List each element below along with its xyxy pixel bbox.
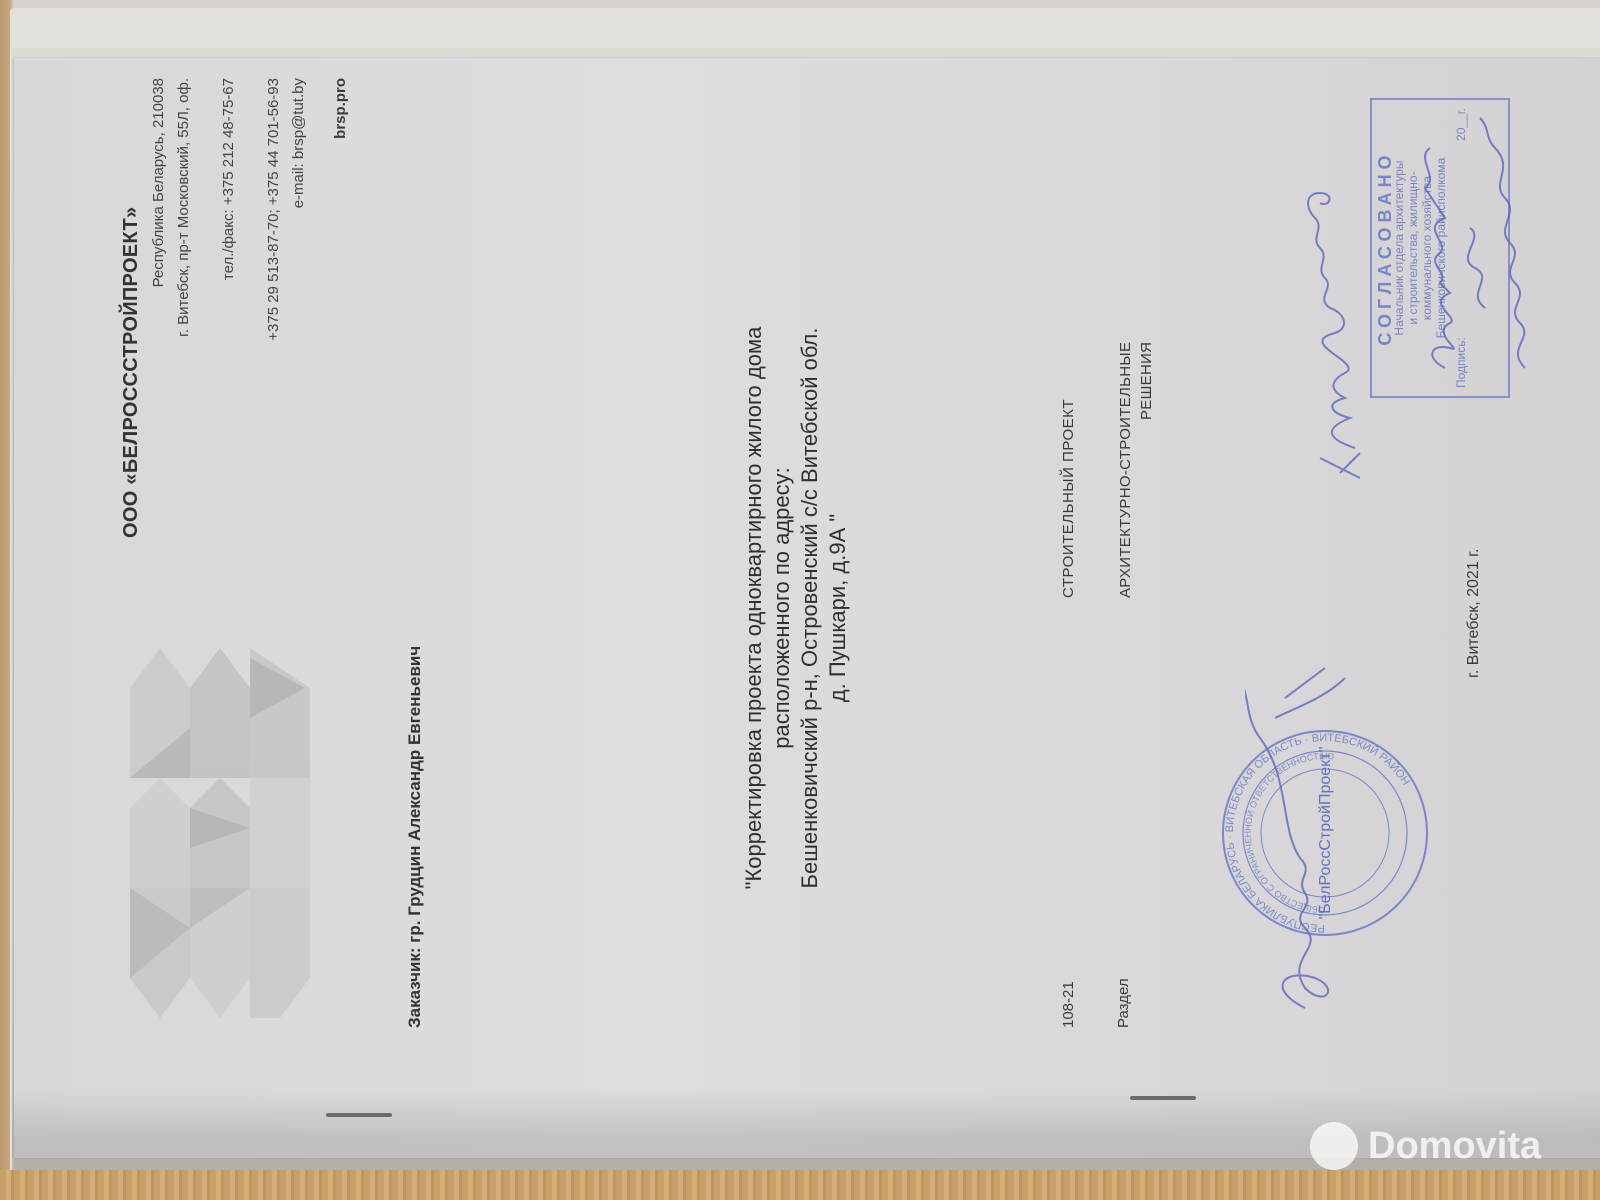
title-line: д. Пушкари, д.9А " [824, 198, 852, 1018]
title-line: расположенного по адресу: [768, 198, 796, 1018]
city-year: г. Витебск, 2021 г. [1465, 549, 1483, 679]
company-phone-fax: тел./факс: +375 212 48-75-67 [219, 78, 238, 538]
company-address-line2: г. Витебск, пр-т Московский, 55Л, оф. [174, 78, 193, 538]
title-line: Бешенковичский р-н, Островенский с/с Вит… [796, 198, 824, 1018]
wooden-table [0, 1170, 1600, 1200]
domovita-watermark: Domovita [1310, 1122, 1541, 1170]
approval-handwriting-icon [1415, 88, 1545, 378]
project-code: 108-21 [1060, 981, 1077, 1028]
company-mobile: +375 29 513-87-70; +375 44 701-56-93 [264, 78, 283, 538]
customer-line: Заказчик: гр. Грудцин Александр Евгеньев… [405, 646, 425, 1028]
project-type: СТРОИТЕЛЬНЫЙ ПРОЕКТ [1060, 399, 1077, 598]
section-name: АРХИТЕКТУРНО-СТРОИТЕЛЬНЫЕ РЕШЕНИЯ [1115, 342, 1157, 598]
director-signature-icon [1245, 638, 1365, 1018]
company-header: ООО «БЕЛРОСССТРОЙПРОЕКТ» Республика Бела… [120, 78, 349, 538]
title-line: "Корректировка проекта одноквартирного ж… [740, 198, 768, 1018]
company-email: e-mail: brsp@tut.by [289, 78, 308, 538]
company-logo-icon [130, 638, 310, 1018]
company-address-line1: Республика Беларусь, 210038 [149, 78, 168, 538]
approval-title: СОГЛАСОВАНО [1378, 108, 1392, 388]
company-website: brsp.pro [332, 78, 349, 538]
section-label: Раздел [1115, 978, 1132, 1028]
domovita-logo-icon [1310, 1122, 1358, 1170]
document-title: "Корректировка проекта одноквартирного ж… [740, 198, 852, 1018]
engineer-signature-icon [1300, 108, 1380, 488]
company-name: ООО «БЕЛРОСССТРОЙПРОЕКТ» [120, 78, 143, 538]
rotated-title-page: ООО «БЕЛРОСССТРОЙПРОЕКТ» Республика Бела… [20, 58, 1580, 1158]
